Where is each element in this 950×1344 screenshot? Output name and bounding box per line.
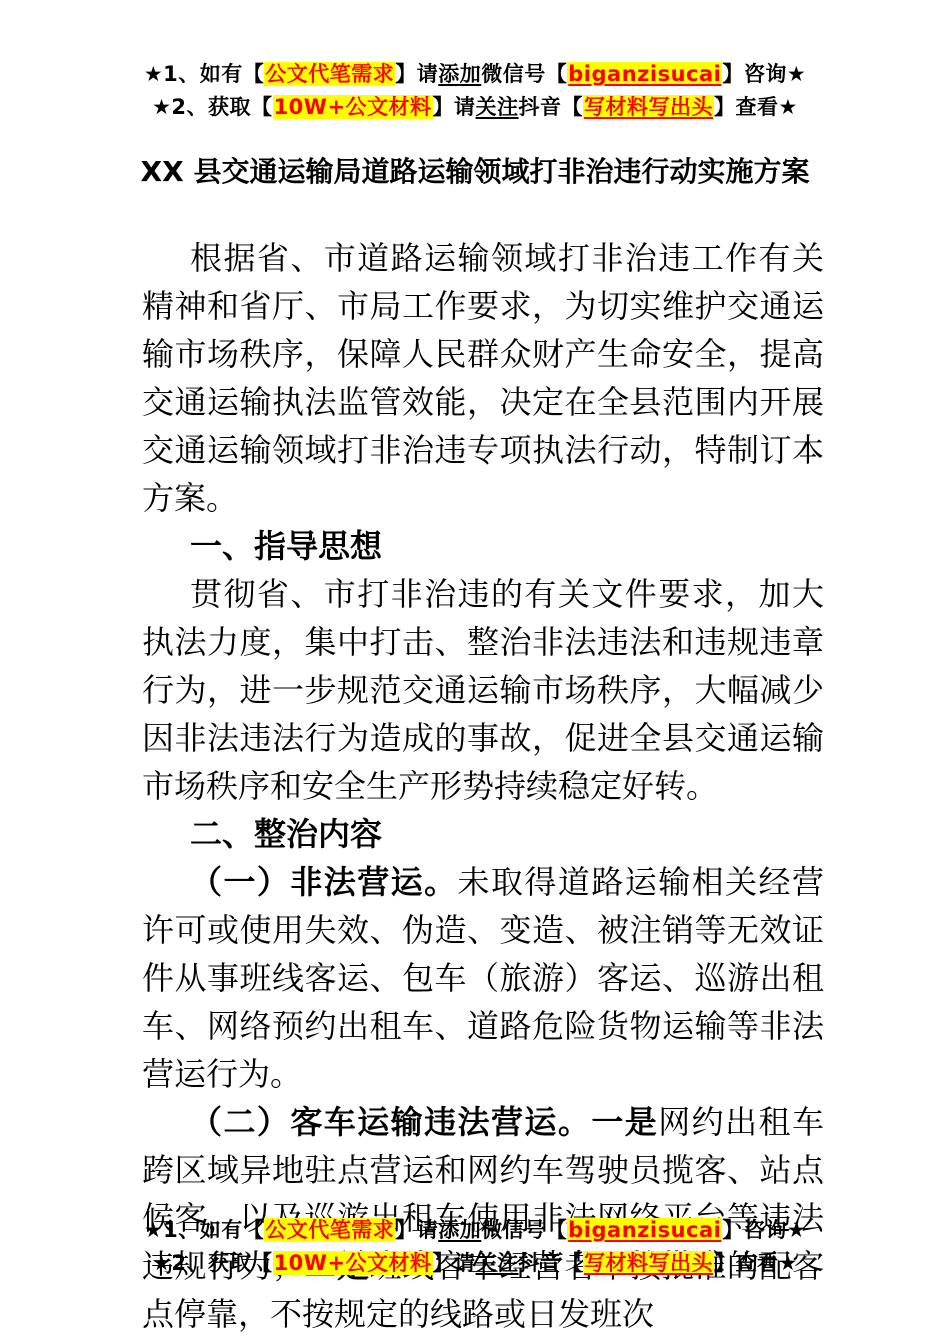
promo-text: 微信号【 bbox=[481, 1218, 567, 1242]
wechat-id: biganzisucai bbox=[567, 62, 722, 86]
promo-text: 】查看★ bbox=[714, 1251, 798, 1275]
promo-text: ★1、如有【 bbox=[144, 62, 264, 86]
promo-text: ★2、获取【 bbox=[152, 1251, 272, 1275]
underlined-word: 添加 bbox=[438, 1218, 481, 1242]
promo-text: 】咨询★ bbox=[722, 1218, 806, 1242]
highlighted-keyword: 10W+公文材料 bbox=[273, 95, 433, 119]
promo-text: 】查看★ bbox=[714, 95, 798, 119]
paragraph-intro: 根据省、市道路运输领域打非治违工作有关精神和省厅、市局工作要求，为切实维护交通运… bbox=[142, 234, 824, 522]
promo-text: 微信号【 bbox=[481, 62, 567, 86]
item-1-lead: （一）非法营运。 bbox=[190, 863, 458, 901]
section-heading-1: 一、指导思想 bbox=[142, 522, 824, 570]
promo-line-1: ★1、如有【公文代笔需求】请添加微信号【biganzisucai】咨询★ bbox=[0, 58, 950, 91]
promo-text: 抖音【 bbox=[519, 95, 584, 119]
promo-banner-bottom: ★1、如有【公文代笔需求】请添加微信号【biganzisucai】咨询★ ★2、… bbox=[0, 1214, 950, 1280]
promo-line-2: ★2、获取【10W+公文材料】请关注抖音【写材料写出头】查看★ bbox=[0, 1247, 950, 1280]
underlined-word: 关注 bbox=[476, 95, 519, 119]
document-title: XX 县交通运输局道路运输领域打非治违行动实施方案 bbox=[80, 150, 870, 194]
promo-text: ★1、如有【 bbox=[144, 1218, 264, 1242]
highlighted-keyword: 10W+公文材料 bbox=[273, 1251, 433, 1275]
highlighted-keyword: 公文代笔需求 bbox=[264, 62, 395, 86]
wechat-id: biganzisucai bbox=[567, 1218, 722, 1242]
item-2-lead: （二）客车运输违法营运。 bbox=[190, 1103, 591, 1141]
douyin-name: 写材料写出头 bbox=[583, 95, 714, 119]
promo-text: 】请 bbox=[395, 62, 438, 86]
document-body: 根据省、市道路运输领域打非治违工作有关精神和省厅、市局工作要求，为切实维护交通运… bbox=[142, 234, 824, 1338]
promo-text: 】请 bbox=[433, 95, 476, 119]
promo-line-1: ★1、如有【公文代笔需求】请添加微信号【biganzisucai】咨询★ bbox=[0, 1214, 950, 1247]
underlined-word: 添加 bbox=[438, 62, 481, 86]
promo-text: ★2、获取【 bbox=[152, 95, 272, 119]
underlined-word: 关注 bbox=[476, 1251, 519, 1275]
douyin-name: 写材料写出头 bbox=[583, 1251, 714, 1275]
paragraph-item-1: （一）非法营运。未取得道路运输相关经营许可或使用失效、伪造、变造、被注销等无效证… bbox=[142, 858, 824, 1098]
promo-banner-top: ★1、如有【公文代笔需求】请添加微信号【biganzisucai】咨询★ ★2、… bbox=[0, 0, 950, 124]
promo-text: 】咨询★ bbox=[722, 62, 806, 86]
promo-text: 抖音【 bbox=[519, 1251, 584, 1275]
section-heading-2: 二、整治内容 bbox=[142, 810, 824, 858]
document-page: ★1、如有【公文代笔需求】请添加微信号【biganzisucai】咨询★ ★2、… bbox=[0, 0, 950, 1344]
highlighted-keyword: 公文代笔需求 bbox=[264, 1218, 395, 1242]
promo-text: 】请 bbox=[433, 1251, 476, 1275]
paragraph-guiding-ideology: 贯彻省、市打非治违的有关文件要求，加大执法力度，集中打击、整治非法违法和违规违章… bbox=[142, 570, 824, 810]
item-2-first-label: 一是 bbox=[591, 1103, 658, 1141]
promo-text: 】请 bbox=[395, 1218, 438, 1242]
promo-line-2: ★2、获取【10W+公文材料】请关注抖音【写材料写出头】查看★ bbox=[0, 91, 950, 124]
